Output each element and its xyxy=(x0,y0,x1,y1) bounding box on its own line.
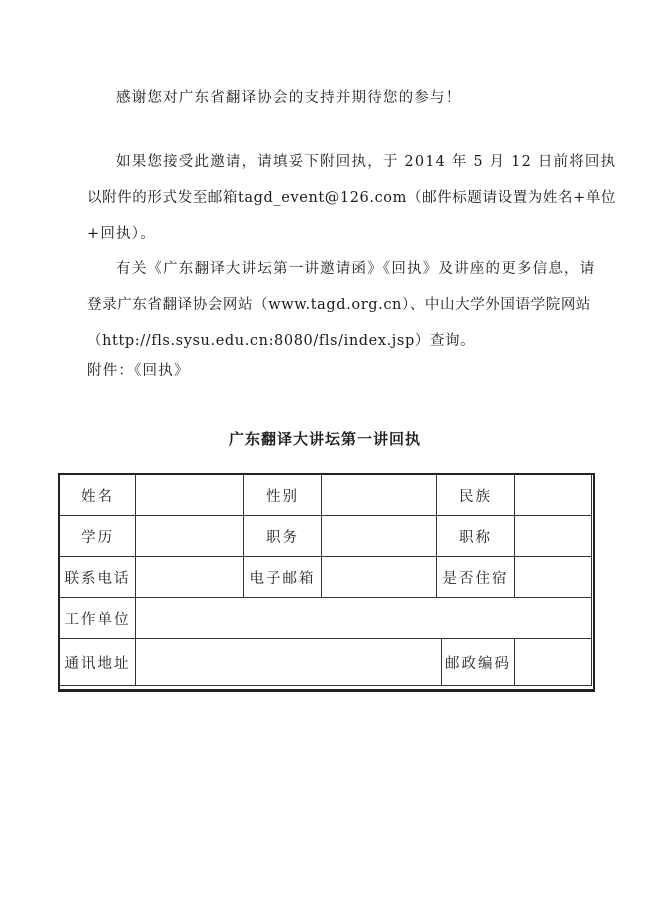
table-row: 工作单位 xyxy=(60,598,592,639)
table-row: 通讯地址 邮政编码 xyxy=(60,639,592,686)
address-field[interactable] xyxy=(136,639,442,686)
info-line-3: （http://fls.sysu.edu.cn:8080/fls/index.j… xyxy=(87,331,475,351)
reply-instructions-line-2: 以附件的形式发至邮箱tagd_event@126.com（邮件标题请设置为姓名+… xyxy=(87,188,616,208)
name-label: 姓名 xyxy=(60,475,136,516)
ethnicity-field[interactable] xyxy=(515,475,592,516)
accommodation-label: 是否住宿 xyxy=(437,557,515,598)
phone-label: 联系电话 xyxy=(60,557,136,598)
employer-field[interactable] xyxy=(136,598,592,639)
postcode-field[interactable] xyxy=(515,639,592,686)
position-field[interactable] xyxy=(322,516,437,557)
gender-field[interactable] xyxy=(322,475,437,516)
attachment-note: 附件：《回执》 xyxy=(87,361,190,381)
email-label: 电子邮箱 xyxy=(244,557,322,598)
employer-label: 工作单位 xyxy=(60,598,136,639)
title-field[interactable] xyxy=(515,516,592,557)
reply-instructions-line-1: 如果您接受此邀请，请填妥下附回执，于 2014 年 5 月 12 日前将回执 xyxy=(116,152,616,172)
reply-instructions-line-3: +回执）。 xyxy=(87,224,156,244)
gender-label: 性别 xyxy=(244,475,322,516)
accommodation-field[interactable] xyxy=(515,557,592,598)
address-label: 通讯地址 xyxy=(60,639,136,686)
ethnicity-label: 民族 xyxy=(437,475,515,516)
info-line-2: 登录广东省翻译协会网站（www.tagd.org.cn）、中山大学外国语学院网站 xyxy=(87,295,591,315)
table-row: 联系电话 电子邮箱 是否住宿 xyxy=(60,557,592,598)
education-field[interactable] xyxy=(136,516,244,557)
thanks-paragraph: 感谢您对广东省翻译协会的支持并期待您的参与！ xyxy=(116,88,461,108)
table-row: 姓名 性别 民族 xyxy=(60,475,592,516)
table-row: 学历 职务 职称 xyxy=(60,516,592,557)
form-title: 广东翻译大讲坛第一讲回执 xyxy=(0,428,650,449)
postcode-label: 邮政编码 xyxy=(442,639,515,686)
info-line-1: 有关《广东翻译大讲坛第一讲邀请函》《回执》及讲座的更多信息，请 xyxy=(116,259,595,279)
phone-field[interactable] xyxy=(136,557,244,598)
registration-form-table: 姓名 性别 民族 学历 职务 职称 联系电话 电子邮箱 是否住宿 工作单位 xyxy=(59,474,592,686)
title-label: 职称 xyxy=(437,516,515,557)
position-label: 职务 xyxy=(244,516,322,557)
email-field[interactable] xyxy=(322,557,437,598)
name-field[interactable] xyxy=(136,475,244,516)
education-label: 学历 xyxy=(60,516,136,557)
